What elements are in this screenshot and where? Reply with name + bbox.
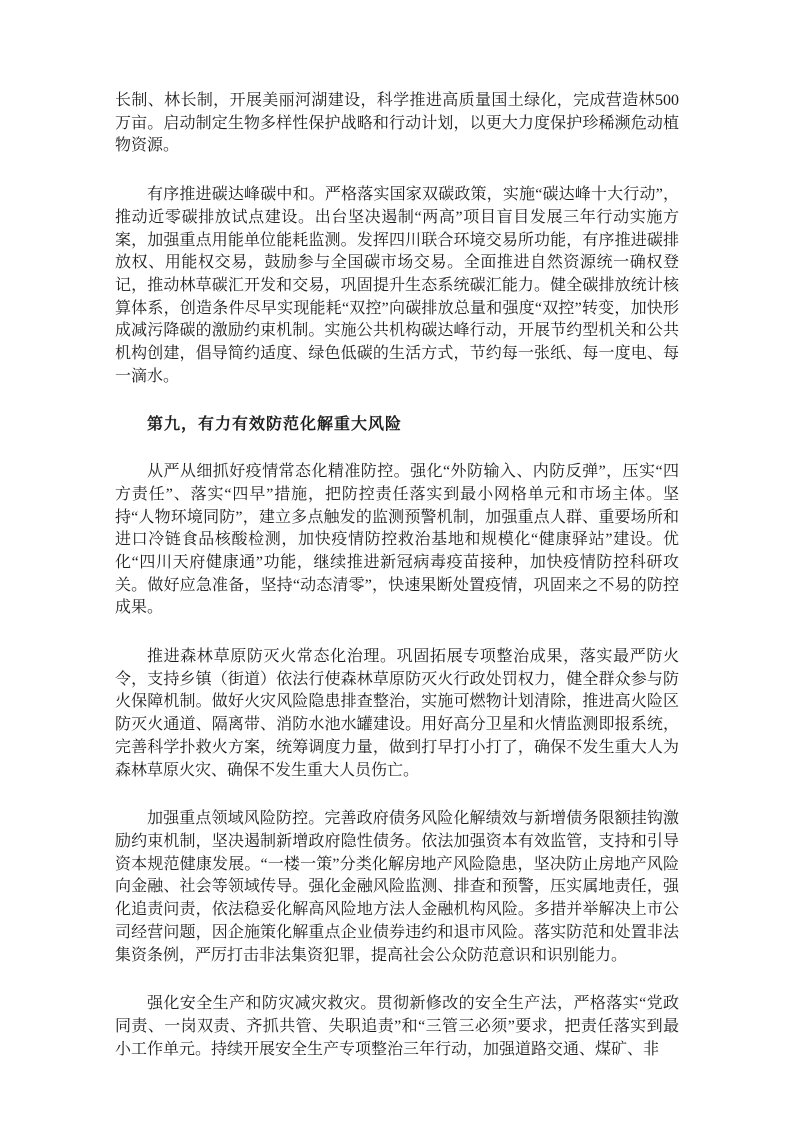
paragraph-carbon-peak-neutrality: 有序推进碳达峰碳中和。严格落实国家双碳政策，实施“碳达峰十大行动”，推动近零碳排… bbox=[115, 184, 679, 388]
document-page: 长制、林长制，开展美丽河湖建设，科学推进高质量国土绿化，完成营造林500万亩。启… bbox=[0, 0, 793, 1122]
paragraph-work-safety-disaster-relief: 强化安全生产和防灾减灾救灾。贯彻新修改的安全生产法，严格落实“党政同责、一岗双责… bbox=[115, 993, 679, 1061]
paragraph-continuation: 长制、林长制，开展美丽河湖建设，科学推进高质量国土绿化，完成营造林500万亩。启… bbox=[115, 90, 679, 158]
paragraph-epidemic-control: 从严从细抓好疫情常态化精准防控。强化“外防输入、内防反弹”，压实“四方责任”、落… bbox=[115, 461, 679, 620]
paragraph-forest-grassland-fire-prevention: 推进森林草原防灭火常态化治理。巩固拓展专项整治成果，落实最严防火令，支持乡镇（街… bbox=[115, 646, 679, 782]
section-heading-ninth-risk-prevention: 第九，有力有效防范化解重大风险 bbox=[115, 414, 679, 437]
paragraph-key-area-risk-control: 加强重点领域风险防控。完善政府债务风险化解绩效与新增债务限额挂钩激励约束机制，坚… bbox=[115, 808, 679, 967]
